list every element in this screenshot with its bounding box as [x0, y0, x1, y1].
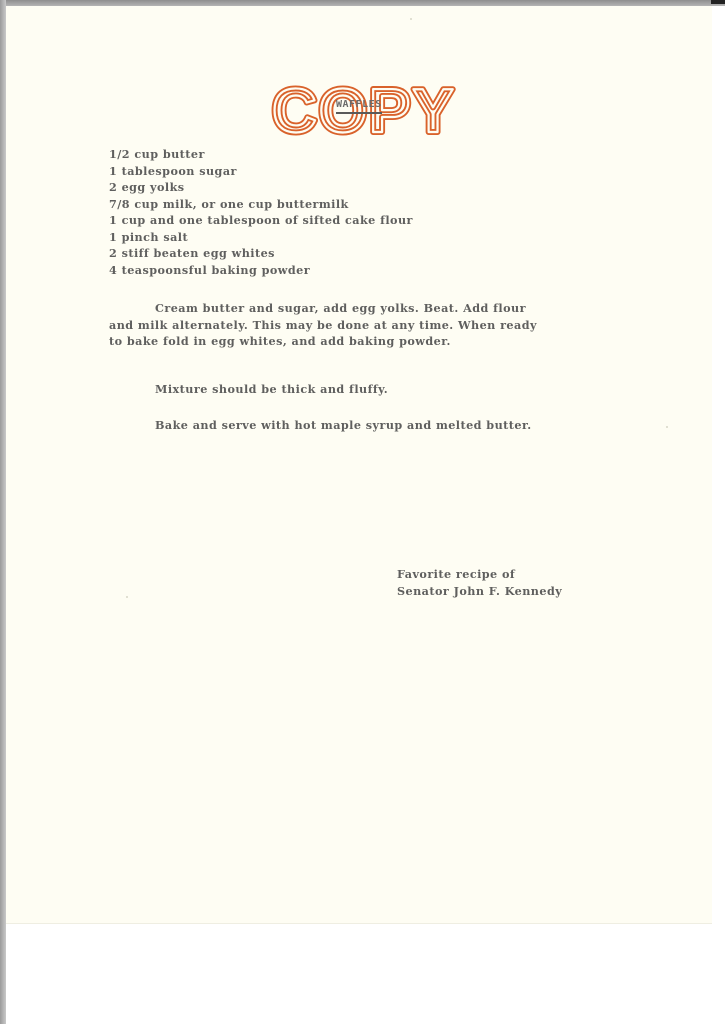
attribution-name: Senator John F. Kennedy — [397, 583, 562, 600]
paper-sheet — [6, 6, 712, 924]
ingredient-item: 1 cup and one tablespoon of sifted cake … — [109, 212, 413, 229]
attribution-line: Favorite recipe of — [397, 566, 562, 583]
ingredient-item: 1 tablespoon sugar — [109, 163, 413, 180]
paper-speck — [410, 18, 412, 20]
ingredient-item: 7/8 cup milk, or one cup buttermilk — [109, 196, 413, 213]
instruction-paragraph: Bake and serve with hot maple syrup and … — [109, 417, 549, 434]
ingredient-item: 2 stiff beaten egg whites — [109, 245, 413, 262]
ingredient-list: 1/2 cup butter 1 tablespoon sugar 2 egg … — [109, 146, 413, 278]
ingredient-item: 2 egg yolks — [109, 179, 413, 196]
recipe-title: WAFFLES — [336, 99, 382, 114]
attribution: Favorite recipe of Senator John F. Kenne… — [397, 566, 562, 599]
ingredient-item: 4 teaspoonsful baking powder — [109, 262, 413, 279]
instruction-paragraph: Mixture should be thick and fluffy. — [109, 381, 549, 398]
ingredient-item: 1 pinch salt — [109, 229, 413, 246]
scan-corner-mark — [711, 0, 725, 4]
ingredient-item: 1/2 cup butter — [109, 146, 413, 163]
instruction-paragraph: Cream butter and sugar, add egg yolks. B… — [109, 300, 549, 350]
paper-speck — [666, 426, 668, 428]
paper-speck — [126, 596, 128, 598]
